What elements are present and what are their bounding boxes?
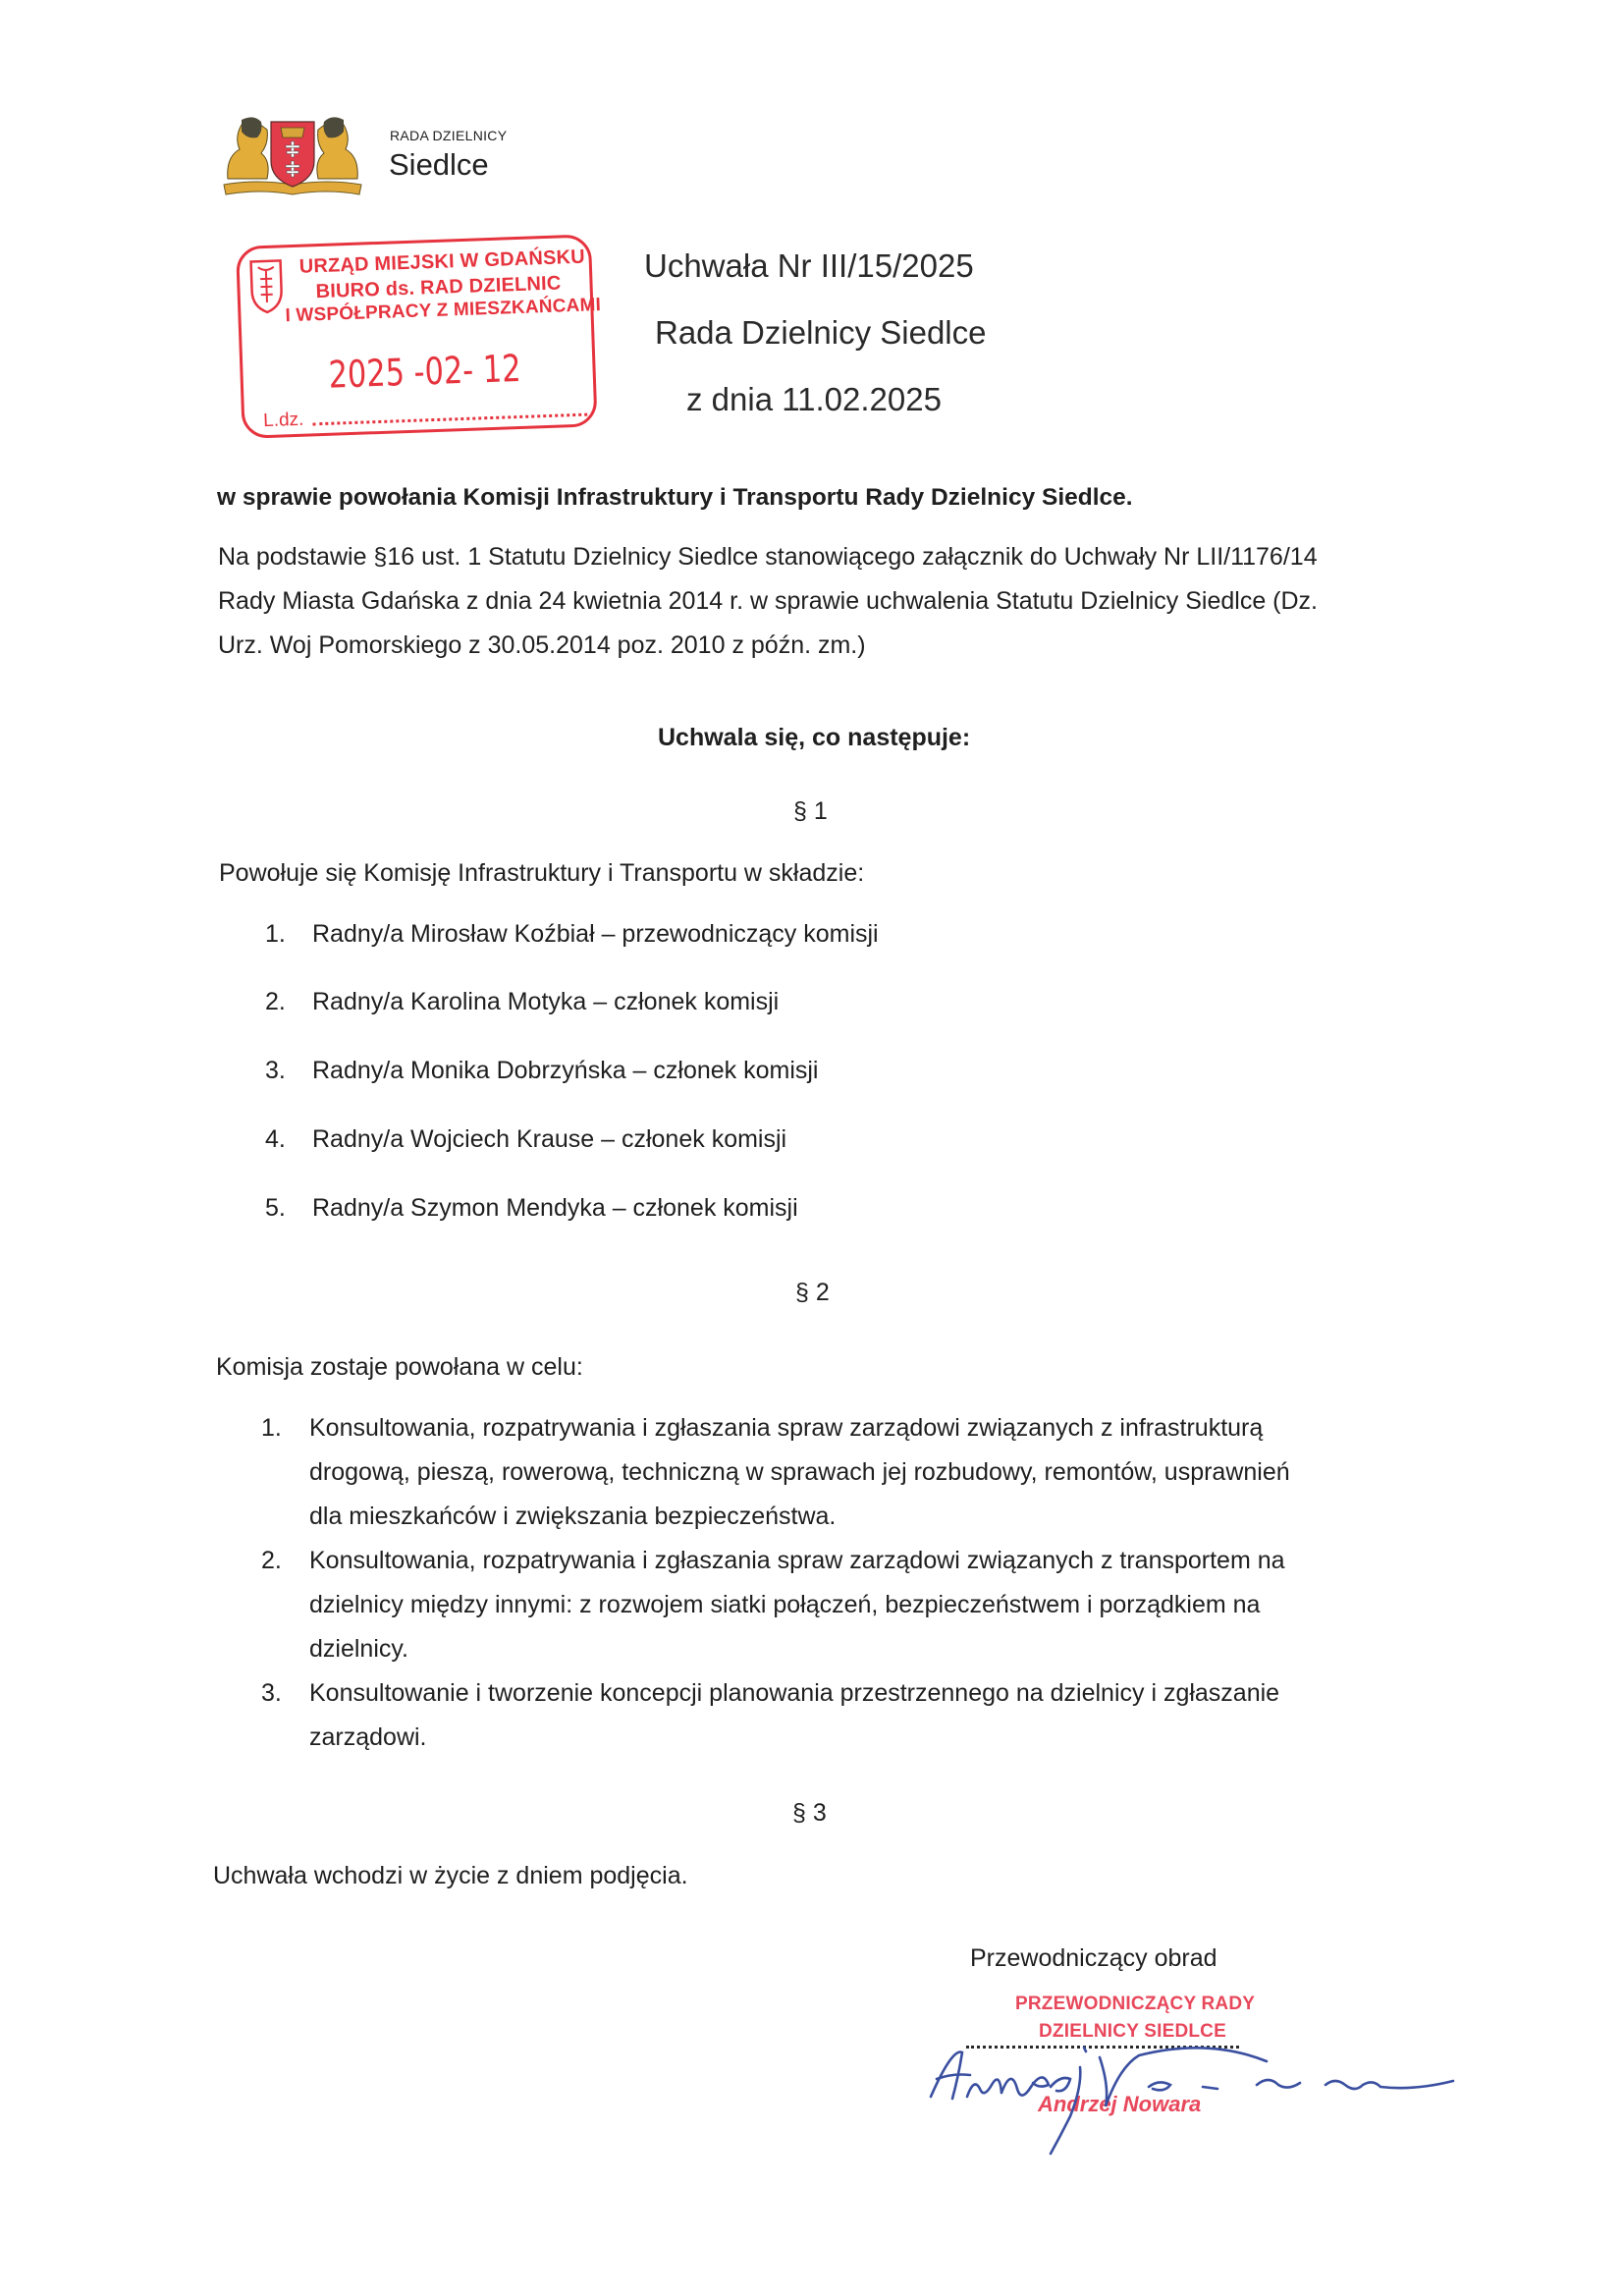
member-text: Radny/a Szymon Mendyka – członek komisji	[312, 1194, 798, 1222]
signatory-role: Przewodniczący obrad	[970, 1944, 1217, 1973]
resolves-heading: Uchwala się, co następuje:	[658, 724, 970, 752]
member-list-item: 3.Radny/a Monika Dobrzyńska – członek ko…	[265, 1057, 819, 1085]
goal-text-line: Konsultowania, rozpatrywania i zgłaszani…	[309, 1414, 1290, 1458]
section-1-heading: § 1	[793, 797, 828, 826]
stamp-date: 2025 -02- 12	[328, 347, 521, 397]
section-3-heading: § 3	[792, 1799, 827, 1828]
goal-text-line: dla mieszkańców i zwiększania bezpieczeń…	[309, 1503, 1290, 1547]
legal-basis-line: Urz. Woj Pomorskiego z 30.05.2014 poz. 2…	[218, 631, 866, 660]
legal-basis-line: Rady Miasta Gdańska z dnia 24 kwietnia 2…	[218, 587, 1318, 616]
member-list-item: 2.Radny/a Karolina Motyka – członek komi…	[265, 988, 779, 1016]
section-2-intro: Komisja zostaje powołana w celu:	[216, 1353, 583, 1382]
legal-basis-line: Na podstawie §16 ust. 1 Statutu Dzielnic…	[218, 543, 1318, 572]
resolution-number: Uchwała Nr III/15/2025	[644, 247, 974, 285]
list-number: 3.	[261, 1679, 282, 1708]
signatory-stamp-line-1: PRZEWODNICZĄCY RADY	[1015, 1994, 1255, 2015]
resolution-subject: w sprawie powołania Komisji Infrastruktu…	[217, 484, 1133, 512]
organization-label: RADA DZIELNICY	[390, 128, 507, 143]
member-text: Radny/a Wojciech Krause – członek komisj…	[312, 1125, 786, 1153]
section-1-intro: Powołuje się Komisję Infrastruktury i Tr…	[219, 859, 864, 888]
section-2-heading: § 2	[795, 1279, 830, 1307]
list-number: 2.	[265, 988, 312, 1016]
list-number: 5.	[265, 1194, 312, 1223]
goal-text-line: dzielnicy.	[309, 1635, 1285, 1679]
goal-text-line: drogową, pieszą, rowerową, techniczną w …	[309, 1458, 1290, 1503]
gdansk-coat-of-arms-icon	[218, 110, 367, 198]
goal-text-line: Konsultowanie i tworzenie koncepcji plan…	[309, 1679, 1279, 1723]
list-number: 4.	[265, 1125, 312, 1154]
stamp-crest-icon	[247, 256, 285, 314]
resolution-body: Rada Dzielnicy Siedlce	[655, 314, 987, 352]
goal-text-line: dzielnicy między innymi: z rozwojem siat…	[309, 1591, 1285, 1635]
member-list-item: 4.Radny/a Wojciech Krause – członek komi…	[265, 1125, 786, 1154]
list-number: 3.	[265, 1057, 312, 1085]
goal-text-line: zarządowi.	[309, 1723, 1279, 1768]
registry-stamp: URZĄD MIEJSKI W GDAŃSKU BIURO ds. RAD DZ…	[236, 234, 606, 443]
member-text: Radny/a Karolina Motyka – członek komisj…	[312, 988, 779, 1015]
list-number: 1.	[261, 1414, 282, 1443]
section-3-text: Uchwała wchodzi w życie z dniem podjęcia…	[213, 1862, 688, 1890]
stamp-ldz-label: L.dz.	[263, 410, 304, 432]
member-text: Radny/a Monika Dobrzyńska – członek komi…	[312, 1057, 819, 1084]
member-text: Radny/a Mirosław Koźbiał – przewodnicząc…	[312, 920, 879, 948]
member-list-item: 1.Radny/a Mirosław Koźbiał – przewodnicz…	[265, 920, 879, 949]
goal-text-line: Konsultowania, rozpatrywania i zgłaszani…	[309, 1547, 1285, 1591]
resolution-date: z dnia 11.02.2025	[686, 381, 942, 418]
member-list-item: 5.Radny/a Szymon Mendyka – członek komis…	[265, 1194, 798, 1223]
list-number: 2.	[261, 1547, 282, 1575]
organization-name: Siedlce	[389, 147, 489, 183]
handwritten-signature-icon	[923, 2028, 1492, 2175]
list-number: 1.	[265, 920, 312, 949]
